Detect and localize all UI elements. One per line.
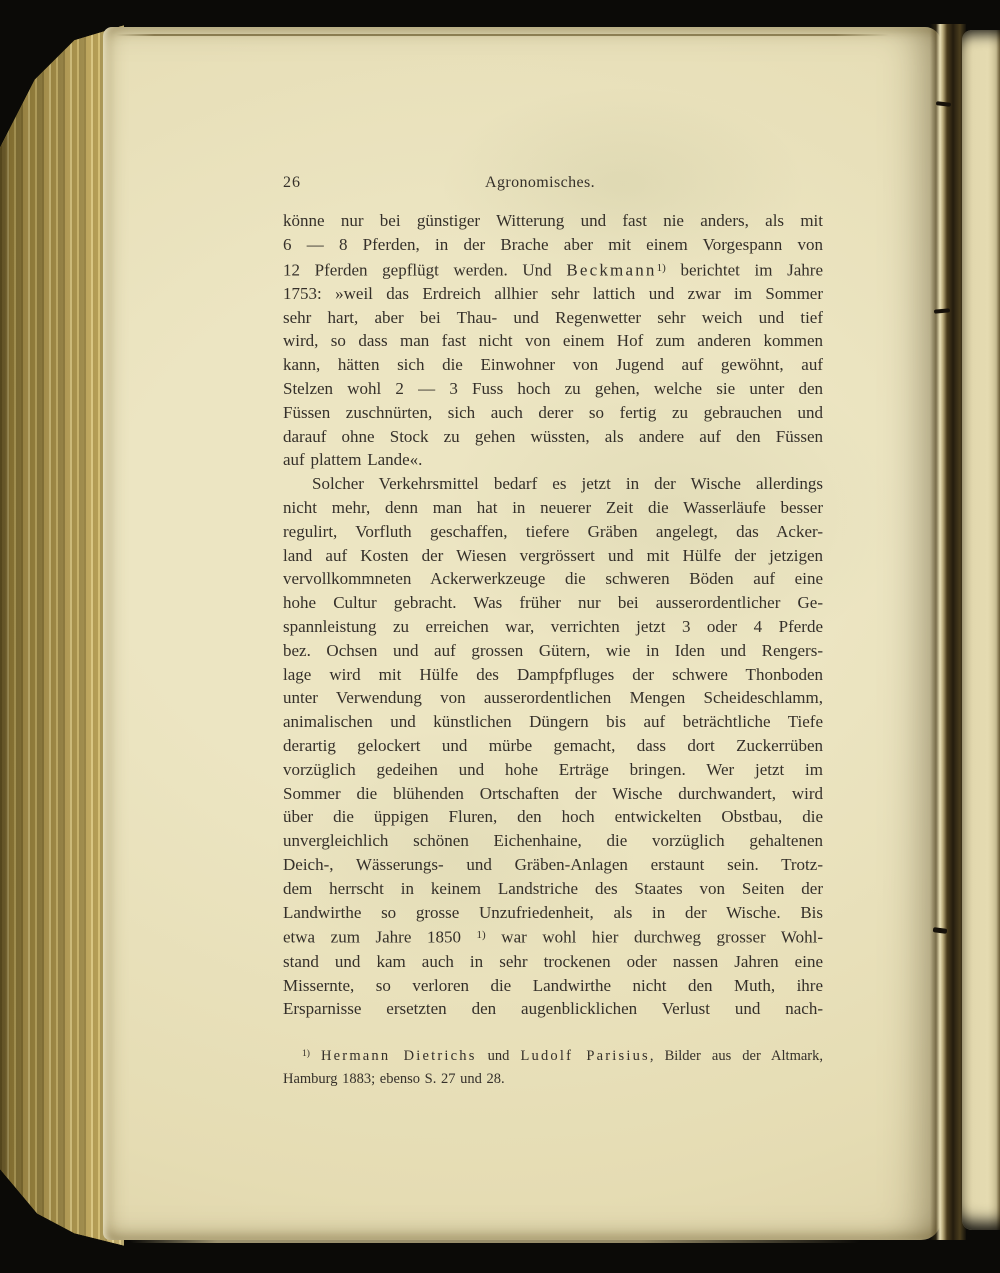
text-line: Missernte, so verloren die Landwirthe ni…: [283, 974, 823, 998]
text-line: regulirt, Vorfluth geschaffen, tiefere G…: [283, 520, 823, 544]
page-number: 26: [283, 174, 301, 192]
text-line: Landwirthe so grosse Unzufriedenheit, al…: [283, 901, 823, 925]
footnote-marker: 1): [477, 929, 486, 941]
footnote-marker: 1): [657, 262, 666, 274]
printed-text-block: 26 Agronomisches. könne nur bei günstige…: [283, 174, 823, 1091]
text-line: nicht mehr, denn man hat in neuerer Zeit…: [283, 496, 823, 520]
text-line: bez. Ochsen und auf grossen Gütern, wie …: [283, 639, 823, 663]
text-line: stand und kam auch in sehr trockenen ode…: [283, 950, 823, 974]
gutter-shadow: [930, 24, 966, 1240]
running-header-title: Agronomisches.: [485, 174, 595, 192]
footnote-marker: 1): [302, 1049, 310, 1059]
book-scan-photo: 26 Agronomisches. könne nur bei günstige…: [0, 0, 1000, 1273]
text-line: unter Verwendung von ausserordentlichen …: [283, 686, 823, 710]
text-line: animalischen und künstlichen Düngern bis…: [283, 710, 823, 734]
text-line: Füssen zuschnürten, sich auch derer so f…: [283, 401, 823, 425]
text-line: 1753: »weil das Erdreich allhier sehr la…: [283, 282, 823, 306]
text-line: wird, so dass man fast nicht von einem H…: [283, 329, 823, 353]
text-line: derartig gelockert und mürbe gemacht, da…: [283, 734, 823, 758]
spaced-name: Beckmann: [566, 260, 656, 279]
text-line: darauf ohne Stock zu gehen wüssten, als …: [283, 425, 823, 449]
text-line: Stelzen wohl 2 — 3 Fuss hoch zu gehen, w…: [283, 377, 823, 401]
paragraph: könne nur bei günstiger Witterung und fa…: [283, 209, 823, 472]
text-line: vervollkommneten Ackerwerkzeuge die schw…: [283, 567, 823, 591]
facing-page-edge: [962, 30, 1000, 1230]
text-line: etwa zum Jahre 1850 1) war wohl hier dur…: [283, 924, 823, 949]
text-line: Sommer die blühenden Ortschaften der Wis…: [283, 782, 823, 806]
text-line: Ersparnisse ersetzten den augenblicklich…: [283, 997, 823, 1021]
text-line: unvergleichlich schönen Eichenhaine, die…: [283, 829, 823, 853]
text-line: kann, hätten sich die Einwohner von Juge…: [283, 353, 823, 377]
text-line: Hamburg 1883; ebenso S. 27 und 28.: [283, 1068, 823, 1091]
text-line: könne nur bei günstiger Witterung und fa…: [283, 209, 823, 233]
text-line: 12 Pferden gepflügt werden. Und Beckmann…: [283, 257, 823, 282]
under-page-edge-line: [116, 34, 889, 36]
body-text: könne nur bei günstiger Witterung und fa…: [283, 209, 823, 1021]
text-line: 6 — 8 Pferden, in der Brache aber mit ei…: [283, 233, 823, 257]
text-line: dem herrscht in keinem Landstriche des S…: [283, 877, 823, 901]
text-line: über die üppigen Fluren, den hoch entwic…: [283, 805, 823, 829]
spaced-name: Ludolf Parisius: [520, 1048, 649, 1064]
spaced-name: Hermann Dietrichs: [321, 1048, 477, 1064]
text-line: Deich-, Wässerungs- und Gräben-Anlagen e…: [283, 853, 823, 877]
text-line: land auf Kosten der Wiesen vergrössert u…: [283, 544, 823, 568]
footnote: 1) Hermann Dietrichs und Ludolf Parisius…: [283, 1043, 823, 1091]
text-line: 1) Hermann Dietrichs und Ludolf Parisius…: [283, 1043, 823, 1068]
paragraph: 1) Hermann Dietrichs und Ludolf Parisius…: [283, 1043, 823, 1091]
text-line: spannleistung zu erreichen war, verricht…: [283, 615, 823, 639]
text-line: sehr hart, aber bei Thau- und Regenwette…: [283, 306, 823, 330]
text-line: vorzüglich gedeihen und hohe Erträge bri…: [283, 758, 823, 782]
text-line: lage wird mit Hülfe des Dampfpfluges der…: [283, 663, 823, 687]
text-line: auf plattem Lande«.: [283, 448, 823, 472]
page-header: 26 Agronomisches.: [283, 174, 823, 192]
paragraph: Solcher Verkehrsmittel bedarf es jetzt i…: [283, 472, 823, 1021]
text-line: Solcher Verkehrsmittel bedarf es jetzt i…: [283, 472, 823, 496]
text-line: hohe Cultur gebracht. Was früher nur bei…: [283, 591, 823, 615]
